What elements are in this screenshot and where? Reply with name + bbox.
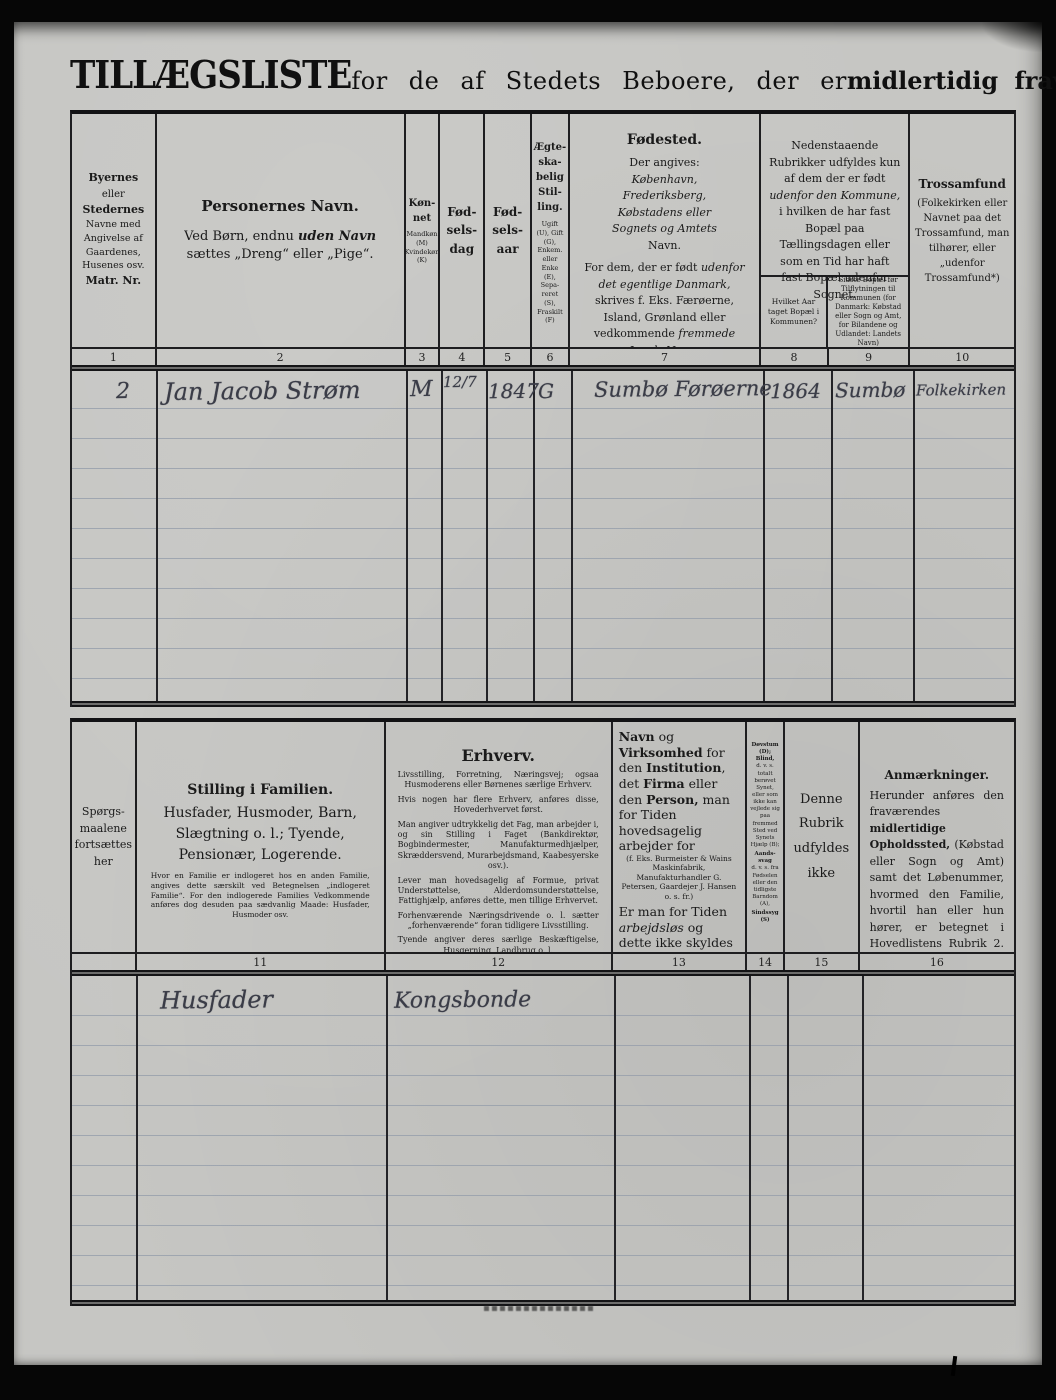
handwritten-sex: M <box>410 377 433 402</box>
grid-line <box>386 976 388 1300</box>
scan-background: { "page": { "title_main": "TILLÆGSLISTE"… <box>0 0 1056 1400</box>
col9-number: 9 <box>829 349 911 365</box>
table-continuation-body: Husfader Kongsbonde <box>72 976 1014 1300</box>
col14-header-disabilities: Døvstum (D); Blind, d. v. s. totalt berø… <box>747 722 785 952</box>
questions-continue-label: Spørgs- maalene fortsættes her <box>72 722 137 952</box>
handwritten-birthplace: Sumbø Førøerne <box>594 376 772 402</box>
form-title-main: TILLÆGSLISTE <box>70 53 351 98</box>
col12-number: 12 <box>386 954 613 970</box>
col4-header-birthday: Fød-sels-dag <box>440 114 485 347</box>
col5-header-birthyear: Fød-sels-aar <box>485 114 532 347</box>
col3-number: 3 <box>406 349 441 365</box>
col16-number: 16 <box>860 954 1014 970</box>
form-title-tail: midlertidig fraværende. <box>847 66 1056 95</box>
col6-number: 6 <box>532 349 570 365</box>
grid-line <box>441 371 443 701</box>
page-title: TILLÆGSLISTE for de af Stedets Beboere, … <box>70 58 1010 98</box>
printer-mark <box>484 1306 596 1311</box>
row-rule-lines <box>72 986 1014 1300</box>
col2-subtext-line2: sættes „Dreng“ eller „Pige“. <box>187 246 374 265</box>
col16-header-remarks: Anmærkninger. Herunder anføres den fravæ… <box>860 722 1014 952</box>
table-main-bottom-border <box>72 701 1014 707</box>
col6-header-marital: Ægte-ska-belig Stil-ling. Ugift (U), Gif… <box>532 114 570 347</box>
col12-header-occupation: Erhverv. Livsstilling, Forretning, Nærin… <box>386 722 613 952</box>
grid-line <box>136 976 138 1300</box>
grid-line <box>862 976 864 1300</box>
grid-line <box>614 976 616 1300</box>
grid-line <box>913 371 915 701</box>
col7-number: 7 <box>570 349 761 365</box>
handwritten-last-residence: Sumbø <box>835 378 906 403</box>
handwritten-person-name: Jan Jacob Strøm <box>164 376 361 406</box>
handwritten-marital-status: G <box>538 379 554 403</box>
table-main-column-numbers: 1 2 3 4 5 6 7 8 9 10 <box>72 349 1014 365</box>
handwritten-matr-nr: 2 <box>116 379 130 404</box>
col8-9-group-note: Nedenstaaende Rubrikker udfyldes kun af … <box>761 114 908 277</box>
col3-header-sex: Køn-net Mandkøn (M) Kvindekøn (K) <box>406 114 441 347</box>
col13-example-text: (f. Eks. Burmeister & Wains Maskinfabrik… <box>619 854 739 901</box>
col1-header-place: Byernes eller Stedernes Navne med Angive… <box>72 114 157 347</box>
col13-number: 13 <box>613 954 747 970</box>
col4-number: 4 <box>440 349 485 365</box>
handwritten-occupation: Kongsbonde <box>394 987 531 1013</box>
scan-artifact-tick <box>951 1356 957 1376</box>
col11-number: 11 <box>137 954 386 970</box>
handwritten-religion: Folkekirken <box>916 381 1006 400</box>
col8-header-settled-year: Hvilket Aar taget Bopæl i Kommunen? <box>761 277 828 347</box>
table-continuation: Spørgs- maalene fortsættes her Stilling … <box>70 718 1016 1306</box>
grid-line <box>787 976 789 1300</box>
row-rule-lines <box>72 379 1014 701</box>
scan-corner-shadow <box>982 22 1042 52</box>
table-continuation-header: Spørgs- maalene fortsættes her Stilling … <box>72 722 1014 954</box>
col8-number: 8 <box>761 349 829 365</box>
col8-9-group-header: Nedenstaaende Rubrikker udfyldes kun af … <box>761 114 910 347</box>
grid-line <box>571 371 573 701</box>
col7-paragraph2: For dem, der er født udenfor det egentli… <box>580 260 749 347</box>
col1-number: 1 <box>72 349 157 365</box>
handwritten-birthday: 12/7 <box>443 373 477 391</box>
handwritten-settled-year: 1864 <box>770 379 821 404</box>
col2-header-name: Personernes Navn. Ved Børn, endnu uden N… <box>157 114 406 347</box>
col16-body-text: Herunder anføres den fraværendes midlert… <box>870 788 1004 952</box>
grid-line <box>749 976 751 1300</box>
grid-line <box>763 371 765 701</box>
col10-header-religion: Trossamfund (Folkekirken eller Navnet pa… <box>910 114 1014 347</box>
questions-col-number <box>72 954 137 970</box>
col2-subtext-line1: Ved Børn, endnu uden Navn <box>184 228 376 247</box>
col9-header-last-residence: Sidste Bopæl før Tilflytningen til Kommu… <box>828 277 909 347</box>
census-form-page: TILLÆGSLISTE for de af Stedets Beboere, … <box>14 22 1042 1365</box>
col14-number: 14 <box>747 954 785 970</box>
col5-number: 5 <box>485 349 532 365</box>
grid-line <box>533 371 535 701</box>
form-title-mid: for de af Stedets Beboere, der er <box>351 67 847 95</box>
col2-number: 2 <box>157 349 406 365</box>
col15-number: 15 <box>785 954 860 970</box>
col13-lead-text: Navn og Virksomhed for den Institution, … <box>619 729 739 854</box>
table-main: Byernes eller Stedernes Navne med Angive… <box>70 110 1016 707</box>
col10-number: 10 <box>910 349 1014 365</box>
col7-header-birthplace: Fødested. Der angives: København, Freder… <box>570 114 761 347</box>
grid-line <box>486 371 488 701</box>
grid-line <box>831 371 833 701</box>
col15-header-leave-blank: Denne Rubrik udfyldes ikke <box>785 722 860 952</box>
table-continuation-column-numbers: 11 12 13 14 15 16 <box>72 954 1014 970</box>
grid-line <box>156 371 158 701</box>
col13-header-employer: Navn og Virksomhed for den Institution, … <box>613 722 747 952</box>
col8-9-subheaders: Hvilket Aar taget Bopæl i Kommunen? Sids… <box>761 277 908 347</box>
grid-line <box>406 371 408 701</box>
handwritten-family-position: Husfader <box>160 985 273 1014</box>
col13-unemployed-note: Er man for Tiden arbejdsløs og dette ikk… <box>619 904 739 952</box>
table-main-body: 2 Jan Jacob Strøm M 12/7 1847 G Sumbø Fø… <box>72 371 1014 701</box>
table-main-header: Byernes eller Stedernes Navne med Angive… <box>72 114 1014 349</box>
col11-header-family-position: Stilling i Familien. Husfader, Husmoder,… <box>137 722 386 952</box>
handwritten-birthyear: 1847 <box>488 379 539 404</box>
